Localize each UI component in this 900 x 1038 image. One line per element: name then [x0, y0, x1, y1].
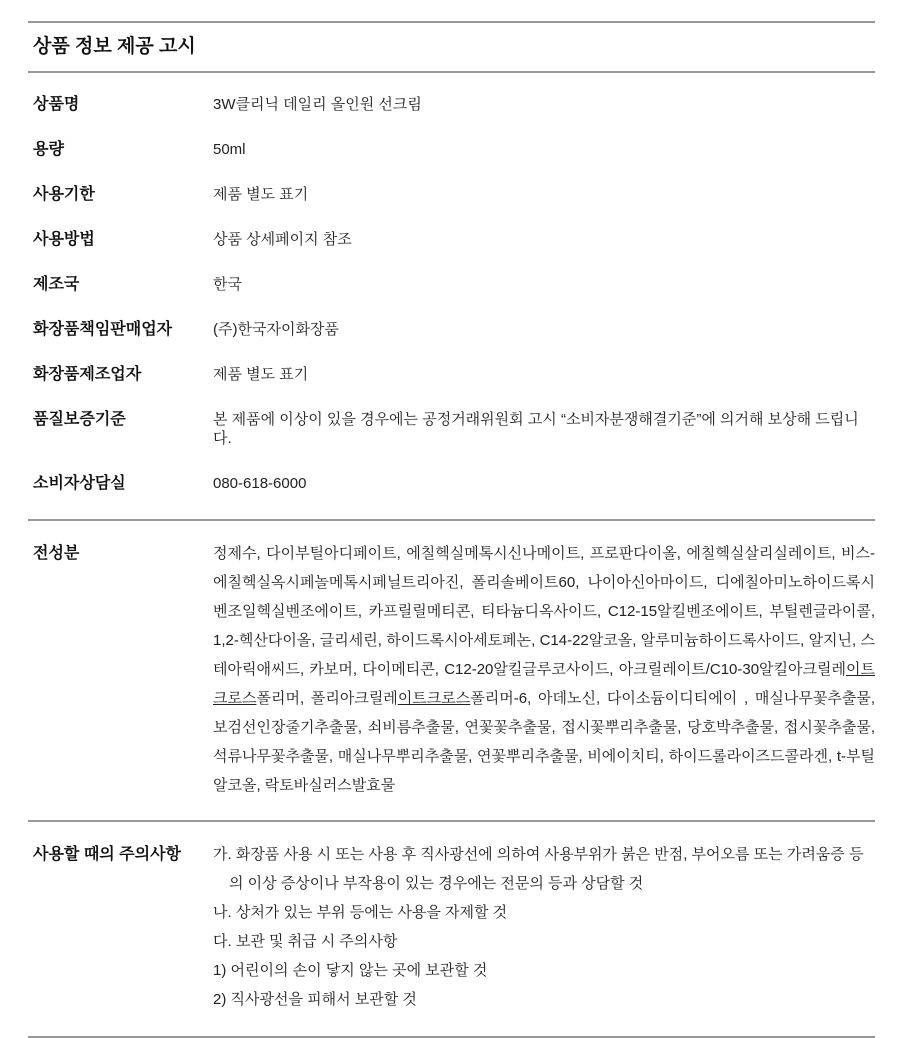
caution-item: 나. 상처가 있는 부위 등에는 사용을 자제할 것: [213, 898, 875, 927]
caution-item: 가. 화장품 사용 시 또는 사용 후 직사광선에 의하여 사용부위가 붉은 반…: [213, 840, 875, 898]
cautions-text: 가. 화장품 사용 시 또는 사용 후 직사광선에 의하여 사용부위가 붉은 반…: [213, 840, 875, 1014]
row-value: 제품 별도 표기: [213, 365, 875, 384]
row-value: 한국: [213, 275, 875, 294]
row-value: 본 제품에 이상이 있을 경우에는 공정거래위원회 고시 “소비자분쟁해결기준”…: [213, 410, 875, 448]
row-value: 3W클리닉 데일리 올인원 선크림: [213, 95, 875, 114]
caution-item: 다. 보관 및 취급 시 주의사항: [213, 927, 875, 956]
caution-item: 2) 직사광선을 피해서 보관할 것: [213, 985, 875, 1014]
row-label: 화장품제조업자: [28, 365, 213, 384]
row-value: 50ml: [213, 140, 875, 159]
table-row: 용량50ml: [28, 127, 875, 172]
ingredients-label: 전성분: [28, 539, 213, 568]
info-table: 상품명3W클리닉 데일리 올인원 선크림용량50ml사용기한제품 별도 표기사용…: [28, 73, 875, 519]
row-label: 용량: [28, 140, 213, 159]
row-label: 소비자상담실: [28, 474, 213, 493]
row-label: 화장품책임판매업자: [28, 320, 213, 339]
ingredient-fragment: 폴리머, 폴리아크릴레: [256, 690, 397, 707]
table-row: 사용기한제품 별도 표기: [28, 172, 875, 217]
table-row: 품질보증기준본 제품에 이상이 있을 경우에는 공정거래위원회 고시 “소비자분…: [28, 397, 875, 461]
cautions-section: 사용할 때의 주의사항 가. 화장품 사용 시 또는 사용 후 직사광선에 의하…: [28, 820, 875, 1038]
product-info-sheet: 상품 정보 제공 고시 상품명3W클리닉 데일리 올인원 선크림용량50ml사용…: [28, 21, 875, 1038]
row-label: 제조국: [28, 275, 213, 294]
row-value: 상품 상세페이지 참조: [213, 230, 875, 249]
row-label: 품질보증기준: [28, 410, 213, 429]
ingredient-fragment: 정제수, 다이부틸아디페이트, 에칠헥실메톡시신나메이트, 프로판다이올, 에칠…: [213, 545, 875, 678]
row-value: (주)한국자이화장품: [213, 320, 875, 339]
cautions-label: 사용할 때의 주의사항: [28, 840, 213, 869]
row-label: 사용기한: [28, 185, 213, 204]
table-row: 사용방법상품 상세페이지 참조: [28, 217, 875, 262]
underlined-ingredient-fragment: 이트크로스: [398, 690, 470, 707]
table-row: 화장품제조업자제품 별도 표기: [28, 352, 875, 397]
table-row: 화장품책임판매업자(주)한국자이화장품: [28, 307, 875, 352]
row-label: 상품명: [28, 95, 213, 114]
row-label: 사용방법: [28, 230, 213, 249]
table-row: 제조국한국: [28, 262, 875, 307]
row-value: 제품 별도 표기: [213, 185, 875, 204]
caution-item: 1) 어린이의 손이 닿지 않는 곳에 보관할 것: [213, 956, 875, 985]
table-row: 상품명3W클리닉 데일리 올인원 선크림: [28, 82, 875, 127]
ingredients-text: 정제수, 다이부틸아디페이트, 에칠헥실메톡시신나메이트, 프로판다이올, 에칠…: [213, 539, 875, 800]
page-title: 상품 정보 제공 고시: [28, 23, 875, 73]
ingredients-section: 전성분 정제수, 다이부틸아디페이트, 에칠헥실메톡시신나메이트, 프로판다이올…: [28, 519, 875, 820]
row-value: 080-618-6000: [213, 474, 875, 493]
table-row: 소비자상담실080-618-6000: [28, 461, 875, 506]
